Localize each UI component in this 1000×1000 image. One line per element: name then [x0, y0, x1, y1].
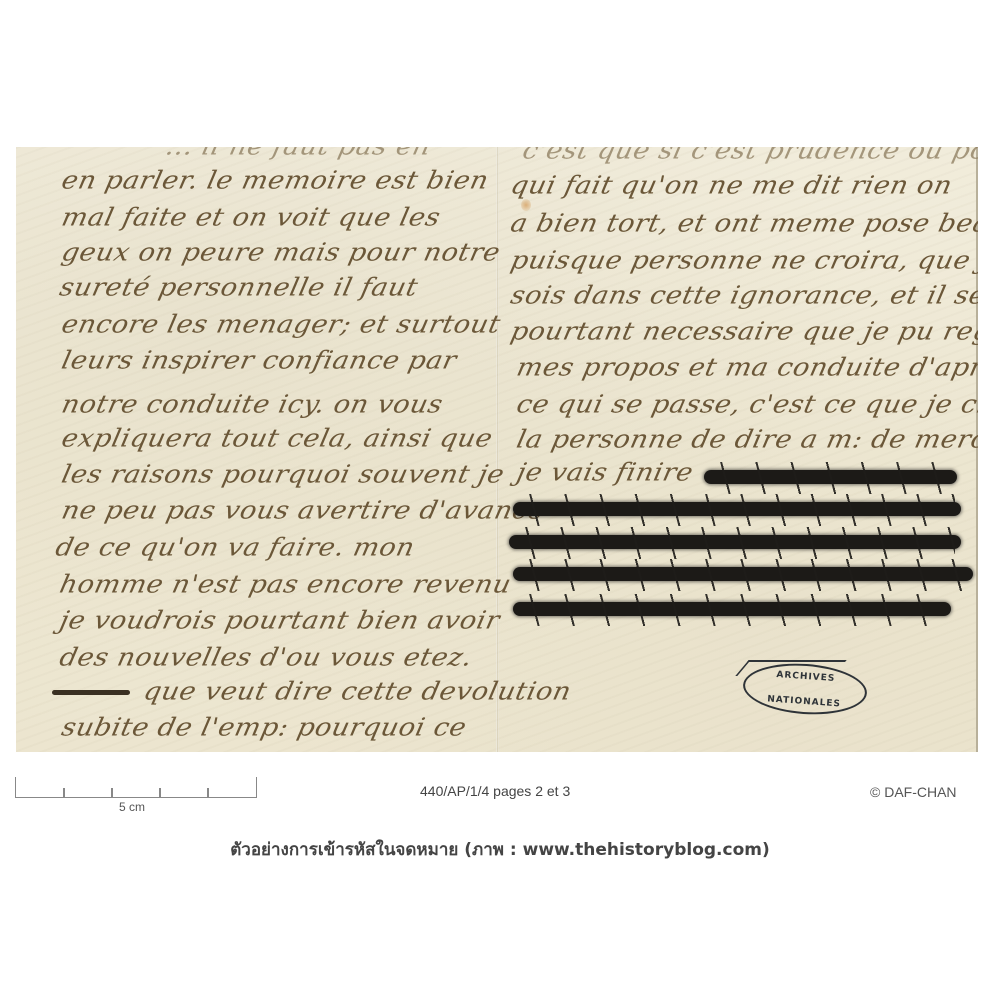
redacted-line — [513, 502, 961, 516]
copyright-notice: © DAF-CHAN — [870, 784, 957, 800]
handwritten-line: encore les menager; et surtout — [59, 312, 502, 337]
handwritten-line: des nouvelles d'ou vous etez. — [57, 645, 474, 670]
handwritten-line: a bien tort, et ont meme pose beaucoup — [508, 211, 978, 236]
handwritten-line: en parler. le memoire est bien — [59, 168, 491, 193]
handwritten-line: sois dans cette ignorance, et il seroit — [508, 283, 978, 308]
handwritten-line: ne peu pas vous avertire d'avance — [59, 498, 547, 523]
scale-label: 5 cm — [119, 800, 145, 814]
handwritten-line: ... il ne faut pas en — [163, 147, 433, 159]
scale-tick — [207, 788, 209, 797]
image-caption: ตัวอย่างการเข้ารหัสในจดหมาย (ภาพ : www.t… — [0, 836, 1000, 863]
handwritten-line: subite de l'emp: pourquoi ce — [59, 715, 468, 740]
handwritten-line: leurs inspirer confiance par — [59, 348, 459, 373]
redacted-line — [513, 567, 973, 581]
handwritten-line: notre conduite icy. on vous — [59, 392, 445, 417]
handwritten-line: qui fait qu'on ne me dit rien on — [508, 173, 954, 198]
handwritten-line: la personne de dire a m: de mercy — [514, 427, 978, 452]
handwritten-line: je voudrois pourtant bien avoir — [57, 608, 502, 633]
right-page: c'est que si c'est prudence ou politique… — [499, 147, 978, 752]
handwritten-line: sureté personnelle il faut — [57, 275, 420, 300]
handwritten-line: les raisons pourquoi souvent je — [59, 462, 506, 487]
handwritten-line: puisque personne ne croira, que je — [508, 248, 978, 273]
scale-tick — [159, 788, 161, 797]
handwritten-line: homme n'est pas encore revenu — [57, 572, 513, 597]
scale-bar — [15, 777, 257, 798]
handwritten-line: pourtant necessaire que je pu regler — [508, 319, 978, 344]
handwritten-line: geux on peure mais pour notre — [59, 240, 502, 265]
handwritten-line: c'est que si c'est prudence ou politique — [520, 147, 978, 163]
handwritten-line: mal faite et on voit que les — [59, 205, 442, 230]
left-page: ... il ne faut pas en en parler. le memo… — [16, 147, 496, 752]
handwritten-line: mes propos et ma conduite d'apres — [514, 355, 978, 380]
scale-tick — [111, 788, 113, 797]
handwritten-line: de ce qu'on va faire. mon — [53, 535, 417, 560]
archive-reference: 440/AP/1/4 pages 2 et 3 — [420, 783, 570, 799]
redacted-line — [513, 602, 951, 616]
redacted-line — [704, 470, 957, 484]
handwritten-line: ce qui se passe, c'est ce que je charge — [514, 392, 978, 417]
letter-scan: ... il ne faut pas en en parler. le memo… — [16, 147, 978, 752]
redacted-line — [509, 535, 961, 549]
scale-tick — [63, 788, 65, 797]
handwritten-line: je vais finire — [514, 460, 695, 485]
struck-word — [52, 690, 130, 695]
handwritten-line: expliquera tout cela, ainsi que — [59, 426, 495, 451]
